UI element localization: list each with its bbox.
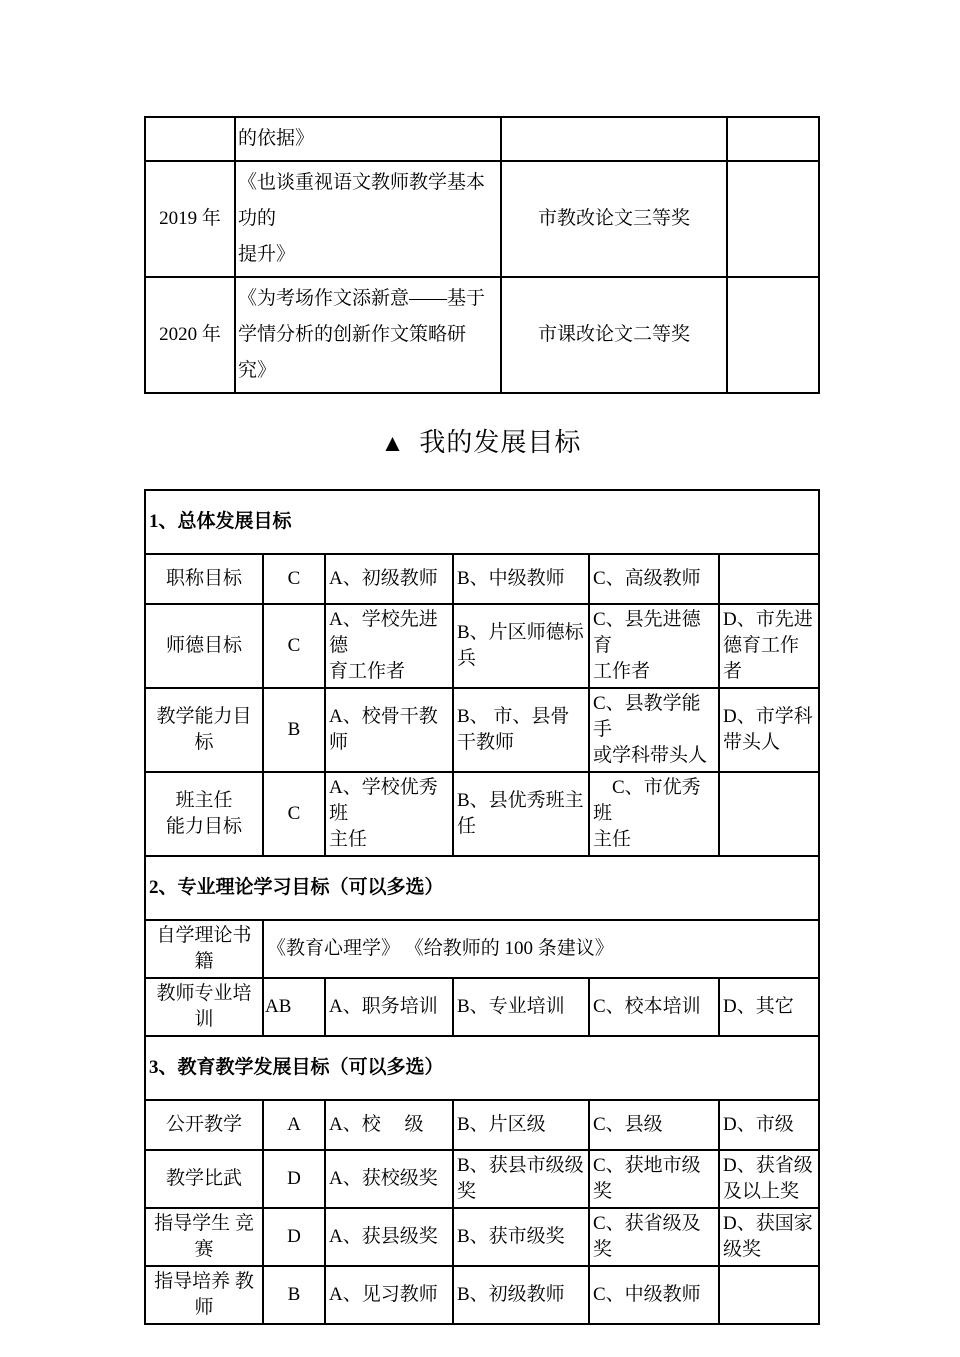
goal-section-title: 1、总体发展目标 bbox=[145, 490, 819, 554]
goal-row: 教师专业培 训ABA、职务培训B、专业培训C、校本培训D、其它 bbox=[145, 978, 819, 1036]
triangle-icon: ▲ bbox=[381, 431, 406, 457]
awards-row: 的依据》 bbox=[145, 117, 819, 161]
goal-section-title: 2、专业理论学习目标（可以多选） bbox=[145, 856, 819, 920]
goal-option-d-cell: D、其它 bbox=[719, 978, 819, 1036]
goal-label-cell: 教学比武 bbox=[145, 1150, 263, 1208]
goal-option-b-cell: B、 市、县骨 干教师 bbox=[453, 688, 589, 772]
goal-row: 班主任 能力目标CA、学校优秀班 主任B、县优秀班主 任 C、市优秀班 主任 bbox=[145, 772, 819, 856]
award-prize-cell: 市课改论文二等奖 bbox=[501, 277, 727, 393]
goal-row: 教学比武DA、获校级奖B、获县市级级 奖C、获地市级奖D、获省级 及以上奖 bbox=[145, 1150, 819, 1208]
goal-option-b-cell: B、初级教师 bbox=[453, 1266, 589, 1324]
goal-option-b-cell: B、片区师德标 兵 bbox=[453, 604, 589, 688]
goal-answer-cell: A bbox=[263, 1100, 325, 1150]
goal-label-cell: 公开教学 bbox=[145, 1100, 263, 1150]
goal-option-c-cell: C、县先进德育 工作者 bbox=[589, 604, 719, 688]
goal-label-cell: 师德目标 bbox=[145, 604, 263, 688]
goal-option-a-cell: A、获校级奖 bbox=[325, 1150, 453, 1208]
goal-row: 公开教学AA、校 级B、片区级C、县级D、市级 bbox=[145, 1100, 819, 1150]
award-prize-cell bbox=[501, 117, 727, 161]
awards-table: 的依据》2019 年《也谈重视语文教师教学基本功的 提升》市教改论文三等奖202… bbox=[144, 116, 820, 394]
award-title-cell: 《为考场作文添新意——基于 学情分析的创新作文策略研 究》 bbox=[235, 277, 501, 393]
goal-option-d-cell: D、市级 bbox=[719, 1100, 819, 1150]
award-note-cell bbox=[727, 161, 819, 277]
goal-option-a-cell: A、学校先进德 育工作者 bbox=[325, 604, 453, 688]
goal-row: 职称目标CA、初级教师B、中级教师C、高级教师 bbox=[145, 554, 819, 604]
goal-option-b-cell: B、获市级奖 bbox=[453, 1208, 589, 1266]
goal-option-a-cell: A、见习教师 bbox=[325, 1266, 453, 1324]
document-page: 的依据》2019 年《也谈重视语文教师教学基本功的 提升》市教改论文三等奖202… bbox=[0, 0, 960, 1357]
goal-merged-value-cell: 《教育心理学》 《给教师的 100 条建议》 bbox=[263, 920, 819, 978]
award-year-cell bbox=[145, 117, 235, 161]
goal-option-d-cell: D、获省级 及以上奖 bbox=[719, 1150, 819, 1208]
goal-label-cell: 班主任 能力目标 bbox=[145, 772, 263, 856]
award-note-cell bbox=[727, 277, 819, 393]
goal-label-cell: 指导培养 教 师 bbox=[145, 1266, 263, 1324]
goal-option-b-cell: B、片区级 bbox=[453, 1100, 589, 1150]
awards-table-body: 的依据》2019 年《也谈重视语文教师教学基本功的 提升》市教改论文三等奖202… bbox=[145, 117, 819, 393]
goal-option-c-cell: C、获省级及奖 bbox=[589, 1208, 719, 1266]
development-goals-table: 1、总体发展目标职称目标CA、初级教师B、中级教师C、高级教师师德目标CA、学校… bbox=[144, 489, 820, 1325]
goal-option-a-cell: A、职务培训 bbox=[325, 978, 453, 1036]
goal-option-c-cell: C、高级教师 bbox=[589, 554, 719, 604]
page-title-text: 我的发展目标 bbox=[419, 428, 581, 457]
goal-option-c-cell: C、中级教师 bbox=[589, 1266, 719, 1324]
awards-row: 2020 年《为考场作文添新意——基于 学情分析的创新作文策略研 究》市课改论文… bbox=[145, 277, 819, 393]
goal-option-d-cell bbox=[719, 1266, 819, 1324]
goal-option-c-cell: C、获地市级奖 bbox=[589, 1150, 719, 1208]
goal-section-title: 3、教育教学发展目标（可以多选） bbox=[145, 1036, 819, 1100]
goal-option-c-cell: C、县级 bbox=[589, 1100, 719, 1150]
goal-section-row: 2、专业理论学习目标（可以多选） bbox=[145, 856, 819, 920]
goal-option-d-cell bbox=[719, 554, 819, 604]
goal-answer-cell: D bbox=[263, 1150, 325, 1208]
award-year-cell: 2019 年 bbox=[145, 161, 235, 277]
goal-section-row: 3、教育教学发展目标（可以多选） bbox=[145, 1036, 819, 1100]
award-note-cell bbox=[727, 117, 819, 161]
goal-option-a-cell: A、校 级 bbox=[325, 1100, 453, 1150]
goal-answer-cell: C bbox=[263, 554, 325, 604]
goal-label-cell: 教学能力目 标 bbox=[145, 688, 263, 772]
goal-answer-cell: B bbox=[263, 688, 325, 772]
page-title: ▲我的发展目标 bbox=[144, 422, 818, 459]
goal-option-d-cell: D、市先进 德育工作者 bbox=[719, 604, 819, 688]
goal-label-cell: 自学理论书 籍 bbox=[145, 920, 263, 978]
award-year-cell: 2020 年 bbox=[145, 277, 235, 393]
goal-answer-cell: D bbox=[263, 1208, 325, 1266]
goal-option-c-cell: C、校本培训 bbox=[589, 978, 719, 1036]
goal-option-a-cell: A、学校优秀班 主任 bbox=[325, 772, 453, 856]
award-title-cell: 的依据》 bbox=[235, 117, 501, 161]
goal-row: 指导学生 竞 赛DA、获县级奖B、获市级奖C、获省级及奖D、获国家 级奖 bbox=[145, 1208, 819, 1266]
goal-answer-cell: B bbox=[263, 1266, 325, 1324]
award-title-cell: 《也谈重视语文教师教学基本功的 提升》 bbox=[235, 161, 501, 277]
goal-row: 自学理论书 籍《教育心理学》 《给教师的 100 条建议》 bbox=[145, 920, 819, 978]
goal-row: 师德目标CA、学校先进德 育工作者B、片区师德标 兵C、县先进德育 工作者D、市… bbox=[145, 604, 819, 688]
development-goals-table-body: 1、总体发展目标职称目标CA、初级教师B、中级教师C、高级教师师德目标CA、学校… bbox=[145, 490, 819, 1324]
goal-option-d-cell: D、获国家 级奖 bbox=[719, 1208, 819, 1266]
goal-row: 教学能力目 标BA、校骨干教师B、 市、县骨 干教师C、县教学能手 或学科带头人… bbox=[145, 688, 819, 772]
goal-section-row: 1、总体发展目标 bbox=[145, 490, 819, 554]
goal-option-d-cell: D、市学科 带头人 bbox=[719, 688, 819, 772]
goal-option-b-cell: B、中级教师 bbox=[453, 554, 589, 604]
goal-answer-cell: C bbox=[263, 772, 325, 856]
goal-label-cell: 职称目标 bbox=[145, 554, 263, 604]
goal-option-b-cell: B、专业培训 bbox=[453, 978, 589, 1036]
goal-answer-cell: C bbox=[263, 604, 325, 688]
goal-option-a-cell: A、获县级奖 bbox=[325, 1208, 453, 1266]
goal-label-cell: 教师专业培 训 bbox=[145, 978, 263, 1036]
goal-option-a-cell: A、初级教师 bbox=[325, 554, 453, 604]
goal-label-cell: 指导学生 竞 赛 bbox=[145, 1208, 263, 1266]
goal-option-c-cell: C、县教学能手 或学科带头人 bbox=[589, 688, 719, 772]
award-prize-cell: 市教改论文三等奖 bbox=[501, 161, 727, 277]
goal-option-b-cell: B、获县市级级 奖 bbox=[453, 1150, 589, 1208]
goal-row: 指导培养 教 师BA、见习教师B、初级教师C、中级教师 bbox=[145, 1266, 819, 1324]
goal-answer-cell: AB bbox=[263, 978, 325, 1036]
goal-option-b-cell: B、县优秀班主 任 bbox=[453, 772, 589, 856]
goal-option-a-cell: A、校骨干教师 bbox=[325, 688, 453, 772]
goal-option-c-cell: C、市优秀班 主任 bbox=[589, 772, 719, 856]
awards-row: 2019 年《也谈重视语文教师教学基本功的 提升》市教改论文三等奖 bbox=[145, 161, 819, 277]
goal-option-d-cell bbox=[719, 772, 819, 856]
